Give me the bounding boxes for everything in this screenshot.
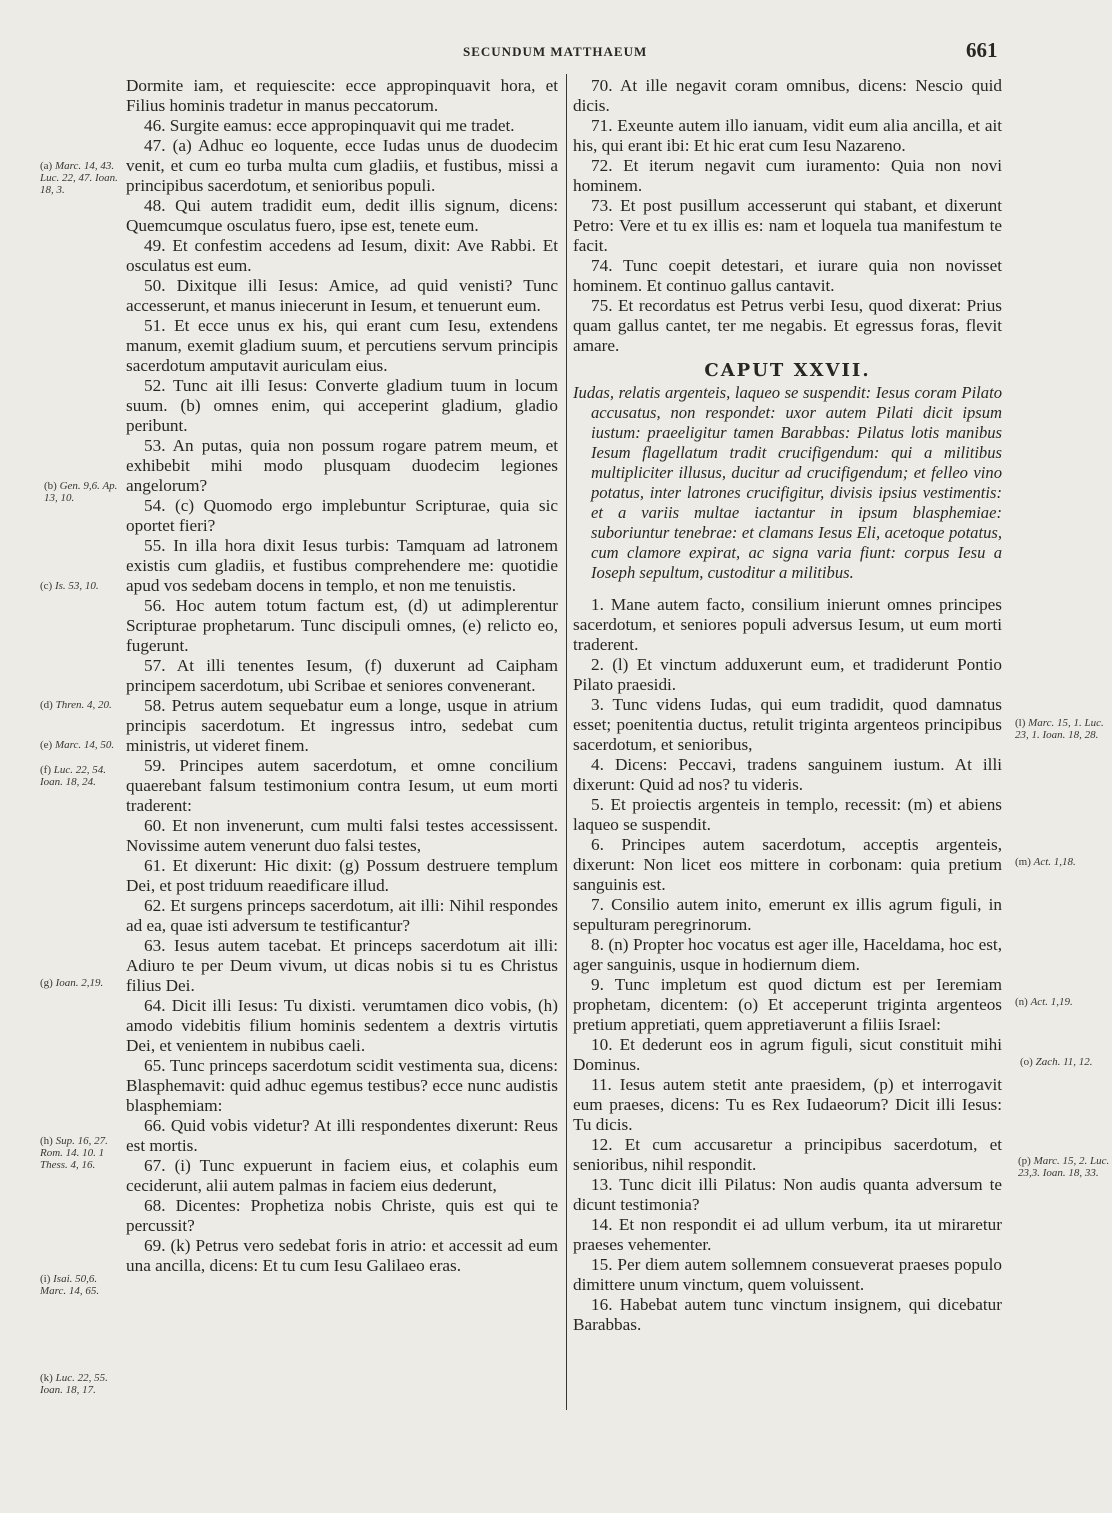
verse: 75. Et recordatus est Petrus verbi Iesu,… — [573, 296, 1002, 356]
page-number: 661 — [966, 38, 998, 63]
verse: 69. (k) Petrus vero sedebat foris in atr… — [126, 1236, 558, 1276]
margin-note-d: (d) Thren. 4, 20. — [40, 699, 122, 711]
chapter-heading: CAPUT XXVII. — [573, 361, 1002, 381]
margin-note-b: (b) Gen. 9,6. Ap. 13, 10. — [44, 480, 126, 504]
verse: 64. Dicit illi Iesus: Tu dixisti. verumt… — [126, 996, 558, 1056]
verse: 74. Tunc coepit detestari, et iurare qui… — [573, 256, 1002, 296]
scanned-page: SECUNDUM MATTHAEUM 661 Dormite iam, et r… — [0, 0, 1112, 1513]
verse: 63. Iesus autem tacebat. Et princeps sac… — [126, 936, 558, 996]
verse: 3. Tunc videns Iudas, qui eum tradidit, … — [573, 695, 1002, 755]
margin-note-a: (a) Marc. 14, 43. Luc. 22, 47. Ioan. 18,… — [40, 160, 122, 196]
verse: 53. An putas, quia non possum rogare pat… — [126, 436, 558, 496]
verse: 16. Habebat autem tunc vinctum insignem,… — [573, 1295, 1002, 1335]
verse: 11. Iesus autem stetit ante praesidem, (… — [573, 1075, 1002, 1135]
verse: 61. Et dixerunt: Hic dixit: (g) Possum d… — [126, 856, 558, 896]
verse: 67. (i) Tunc expuerunt in faciem eius, e… — [126, 1156, 558, 1196]
running-title: SECUNDUM MATTHAEUM — [463, 44, 647, 60]
verse: 8. (n) Propter hoc vocatus est ager ille… — [573, 935, 1002, 975]
margin-note-h: (h) Sup. 16, 27. Rom. 14. 10. 1 Thess. 4… — [40, 1135, 122, 1171]
verse: 56. Hoc autem totum factum est, (d) ut a… — [126, 596, 558, 656]
verse: 48. Qui autem tradidit eum, dedit illis … — [126, 196, 558, 236]
margin-note-l: (l) Marc. 15, 1. Luc. 23, 1. Ioan. 18, 2… — [1015, 717, 1107, 741]
verse: 50. Dixitque illi Iesus: Amice, ad quid … — [126, 276, 558, 316]
left-column: Dormite iam, et requiescite: ecce approp… — [126, 76, 558, 1276]
verse: 73. Et post pusillum accesserunt qui sta… — [573, 196, 1002, 256]
margin-note-i: (i) Isai. 50,6. Marc. 14, 65. — [40, 1273, 122, 1297]
verse: 49. Et confestim accedens ad Iesum, dixi… — [126, 236, 558, 276]
margin-note-k: (k) Luc. 22, 55. Ioan. 18, 17. — [40, 1372, 122, 1396]
verse: 7. Consilio autem inito, emerunt ex illi… — [573, 895, 1002, 935]
verse: 55. In illa hora dixit Iesus turbis: Tam… — [126, 536, 558, 596]
verse: 66. Quid vobis videtur? At illi responde… — [126, 1116, 558, 1156]
verse: 60. Et non invenerunt, cum multi falsi t… — [126, 816, 558, 856]
verse: 13. Tunc dicit illi Pilatus: Non audis q… — [573, 1175, 1002, 1215]
verse: 57. At illi tenentes Iesum, (f) duxerunt… — [126, 656, 558, 696]
verse: Dormite iam, et requiescite: ecce approp… — [126, 76, 558, 116]
verse: 1. Mane autem facto, consilium inierunt … — [573, 595, 1002, 655]
verse: 54. (c) Quomodo ergo implebuntur Scriptu… — [126, 496, 558, 536]
column-divider — [566, 74, 567, 1410]
verse: 12. Et cum accusaretur a principibus sac… — [573, 1135, 1002, 1175]
verse: 52. Tunc ait illi Iesus: Converte gladiu… — [126, 376, 558, 436]
margin-note-e: (e) Marc. 14, 50. — [40, 739, 122, 751]
verse: 9. Tunc impletum est quod dictum est per… — [573, 975, 1002, 1035]
margin-note-g: (g) Ioan. 2,19. — [40, 977, 122, 989]
verse: 58. Petrus autem sequebatur eum a longe,… — [126, 696, 558, 756]
margin-note-p: (p) Marc. 15, 2. Luc. 23,3. Ioan. 18, 33… — [1018, 1155, 1110, 1179]
margin-note-f: (f) Luc. 22, 54. Ioan. 18, 24. — [40, 764, 122, 788]
margin-note-n: (n) Act. 1,19. — [1015, 996, 1107, 1008]
margin-note-m: (m) Act. 1,18. — [1015, 856, 1107, 868]
verse: 68. Dicentes: Prophetiza nobis Christe, … — [126, 1196, 558, 1236]
verse: 15. Per diem autem sollemnem consueverat… — [573, 1255, 1002, 1295]
verse: 46. Surgite eamus: ecce appropinquavit q… — [126, 116, 558, 136]
verse: 14. Et non respondit ei ad ullum verbum,… — [573, 1215, 1002, 1255]
verse: 70. At ille negavit coram omnibus, dicen… — [573, 76, 1002, 116]
verse: 72. Et iterum negavit cum iuramento: Qui… — [573, 156, 1002, 196]
verse: 51. Et ecce unus ex his, qui erant cum I… — [126, 316, 558, 376]
chapter-summary: Iudas, relatis argenteis, laqueo se susp… — [573, 383, 1002, 583]
verse: 10. Et dederunt eos in agrum figuli, sic… — [573, 1035, 1002, 1075]
verse: 62. Et surgens princeps sacerdotum, ait … — [126, 896, 558, 936]
verse: 65. Tunc princeps sacerdotum scidit vest… — [126, 1056, 558, 1116]
margin-note-c: (c) Is. 53, 10. — [40, 580, 122, 592]
verse: 47. (a) Adhuc eo loquente, ecce Iudas un… — [126, 136, 558, 196]
verse: 5. Et proiectis argenteis in templo, rec… — [573, 795, 1002, 835]
verse: 71. Exeunte autem illo ianuam, vidit eum… — [573, 116, 1002, 156]
verse: 4. Dicens: Peccavi, tradens sanguinem iu… — [573, 755, 1002, 795]
margin-note-o: (o) Zach. 11, 12. — [1020, 1056, 1100, 1068]
right-column: 70. At ille negavit coram omnibus, dicen… — [573, 76, 1002, 1335]
verse: 6. Principes autem sacerdotum, acceptis … — [573, 835, 1002, 895]
verse: 2. (l) Et vinctum adduxerunt eum, et tra… — [573, 655, 1002, 695]
verse: 59. Principes autem sacerdotum, et omne … — [126, 756, 558, 816]
